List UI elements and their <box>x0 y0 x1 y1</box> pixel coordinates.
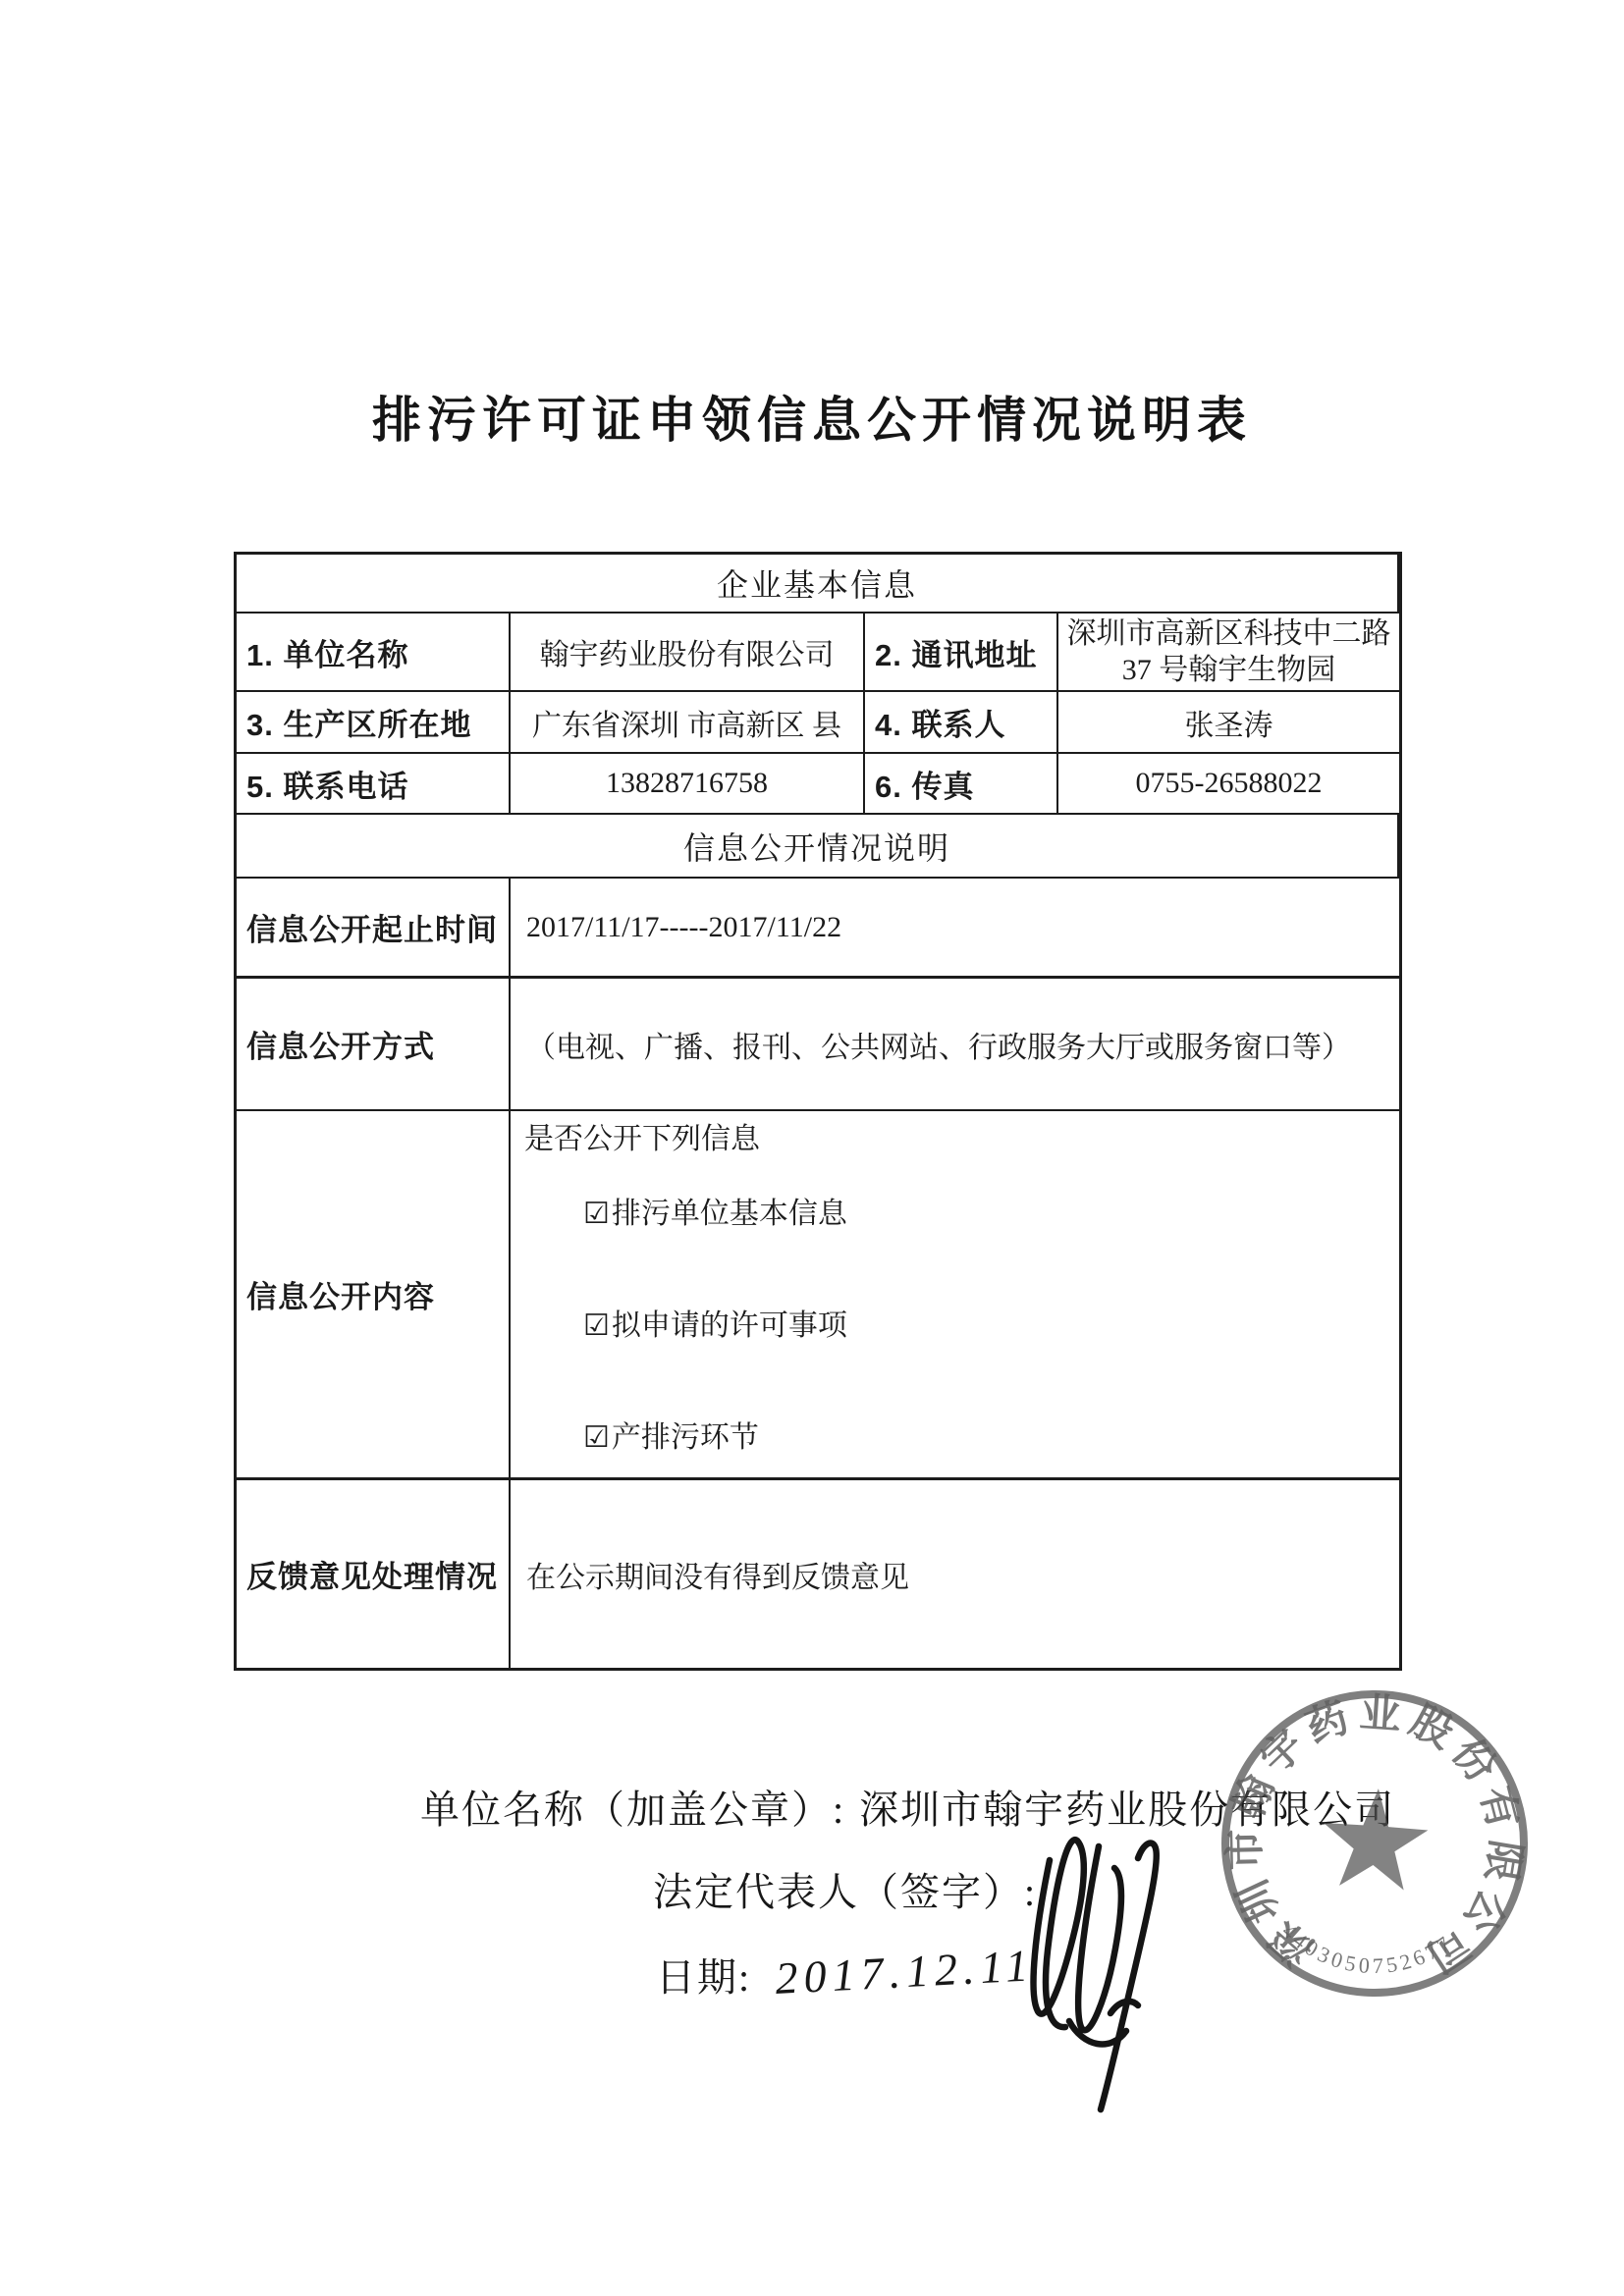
company-seal: 深圳市翰宇药业股份有限公司 4403050752677 <box>1213 1682 1537 2005</box>
label-disclosure-method: 信息公开方式 <box>237 979 511 1111</box>
content-item-label: 拟申请的许可事项 <box>612 1309 847 1342</box>
label-disclosure-period: 信息公开起止时间 <box>237 879 511 979</box>
content-item-label: 产排污环节 <box>612 1421 759 1454</box>
value-mailing-address: 深圳市高新区科技中二路 37 号翰宇生物园 <box>1058 614 1399 692</box>
checkbox-checked-icon: ☑ <box>583 1308 610 1345</box>
label-fax: 6. 传真 <box>865 754 1058 815</box>
section-header-disclosure: 信息公开情况说明 <box>237 815 1399 879</box>
label-disclosure-content: 信息公开内容 <box>237 1111 511 1480</box>
value-contact-person: 张圣涛 <box>1058 692 1399 754</box>
value-production-area: 广东省深圳 市高新区 县 <box>511 692 865 754</box>
value-company-name: 翰宇药业股份有限公司 <box>511 614 865 692</box>
label-mailing-address: 2. 通讯地址 <box>865 614 1058 692</box>
label-phone: 5. 联系电话 <box>237 754 511 815</box>
footer-legal-rep-line: 法定代表人（签字）: <box>653 1861 1037 1917</box>
label-feedback: 反馈意见处理情况 <box>237 1480 511 1668</box>
content-item-basic-info: ☑排污单位基本信息 <box>524 1158 1399 1270</box>
checkbox-checked-icon: ☑ <box>583 1419 610 1457</box>
value-fax: 0755-26588022 <box>1058 754 1399 815</box>
address-line-2: 37 号翰宇生物园 <box>1122 652 1336 688</box>
handwritten-signature <box>1016 1819 1173 2125</box>
scanned-document-page: 排污许可证申领信息公开情况说明表 企业基本信息 1. 单位名称 翰宇药业股份有限… <box>0 0 1624 2296</box>
handwritten-date: 2017.12.11 <box>774 1939 1035 2004</box>
page-title: 排污许可证申领信息公开情况说明表 <box>0 381 1624 452</box>
checkbox-checked-icon: ☑ <box>583 1196 610 1233</box>
content-item-discharge-links: ☑产排污环节 <box>524 1382 1399 1480</box>
value-disclosure-method: （电视、广播、报刊、公共网站、行政服务大厅或服务窗口等） <box>511 979 1399 1111</box>
content-intro: 是否公开下列信息 <box>524 1121 1399 1158</box>
content-item-permit-items: ☑拟申请的许可事项 <box>524 1270 1399 1382</box>
content-item-label: 排污单位基本信息 <box>612 1198 847 1230</box>
footer-company-label: 单位名称（加盖公章）: <box>420 1788 845 1832</box>
value-feedback: 在公示期间没有得到反馈意见 <box>511 1480 1399 1668</box>
label-company-name: 1. 单位名称 <box>237 614 511 692</box>
value-disclosure-content: 是否公开下列信息 ☑排污单位基本信息 ☑拟申请的许可事项 ☑产排污环节 ☑污染防… <box>511 1111 1399 1480</box>
star-icon <box>1320 1785 1431 1891</box>
value-disclosure-period: 2017/11/17-----2017/11/22 <box>511 879 1399 979</box>
disclosure-table: 企业基本信息 1. 单位名称 翰宇药业股份有限公司 2. 通讯地址 深圳市高新区… <box>234 552 1402 1671</box>
address-line-1: 深圳市高新区科技中二路 <box>1067 615 1391 652</box>
footer-date-line: 日期:2017.12.11 <box>656 1947 1036 2002</box>
label-production-area: 3. 生产区所在地 <box>237 692 511 754</box>
label-contact-person: 4. 联系人 <box>865 692 1058 754</box>
footer-date-label: 日期: <box>656 1955 751 2000</box>
value-phone: 13828716758 <box>511 754 865 815</box>
section-header-company-info: 企业基本信息 <box>237 555 1399 614</box>
